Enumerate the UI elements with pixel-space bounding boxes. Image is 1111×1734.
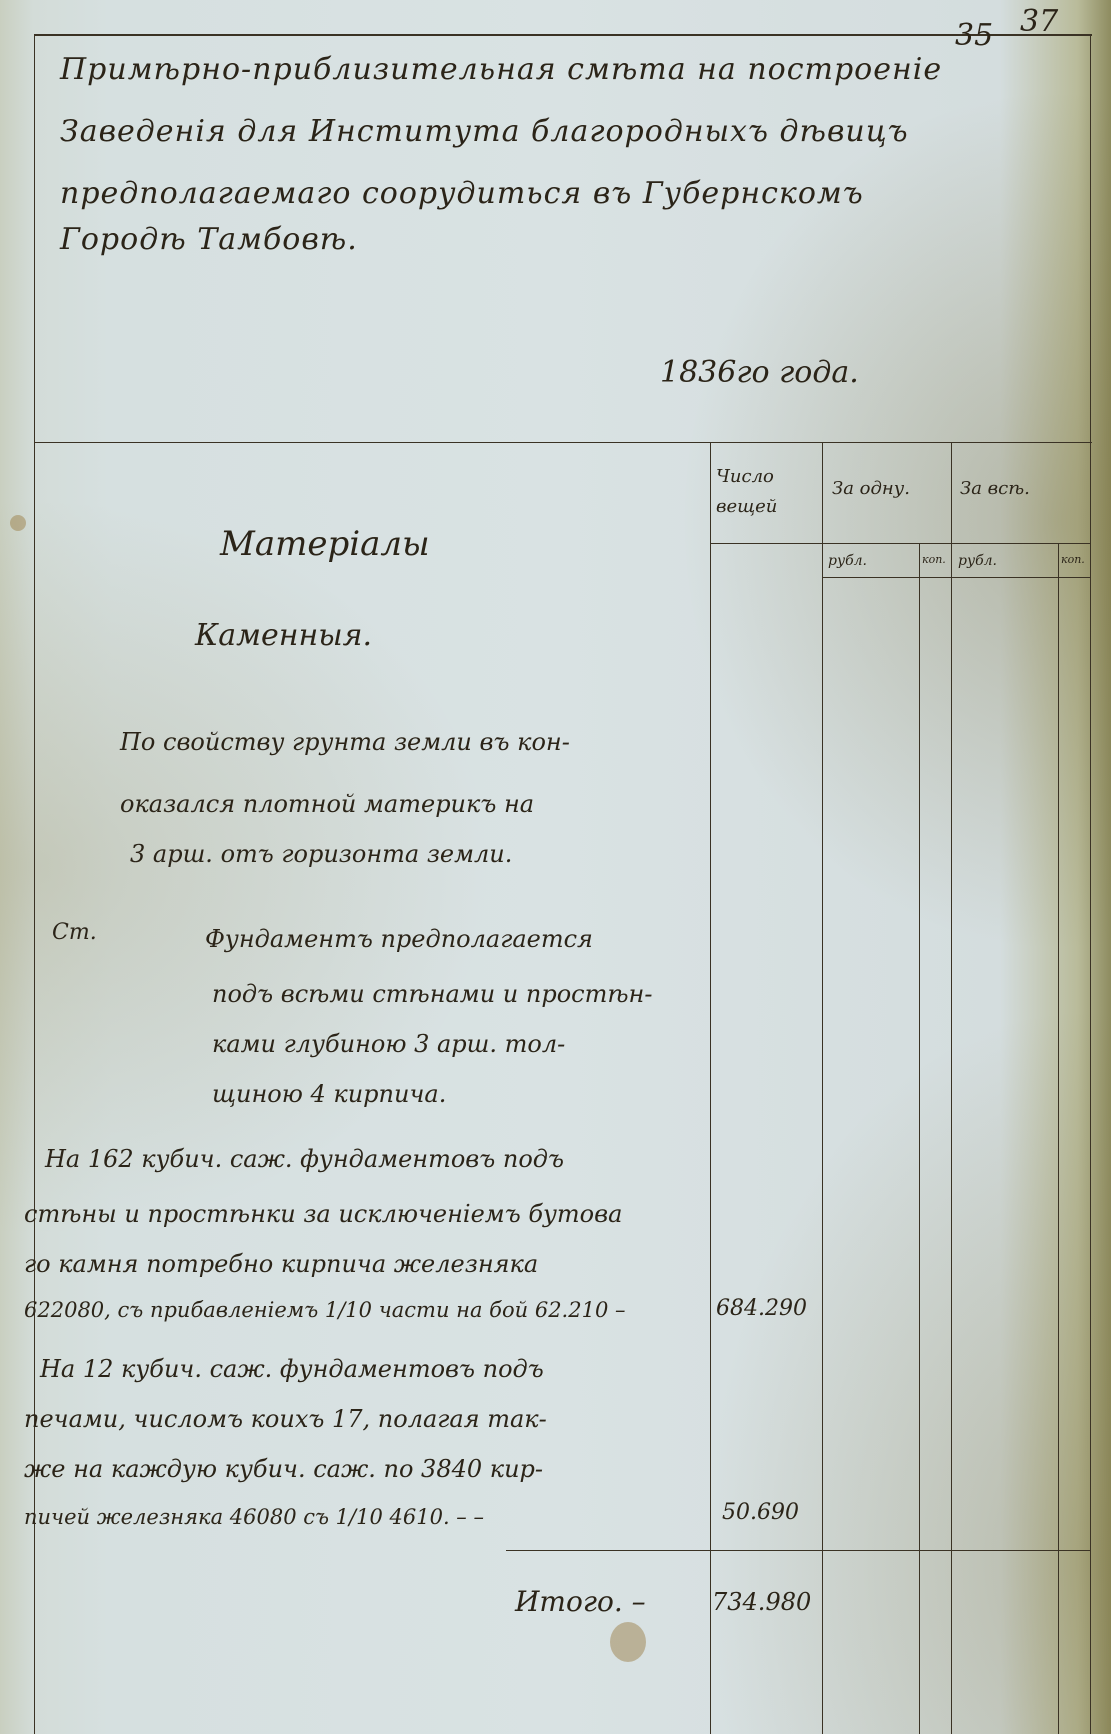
- foundation-line-2: подъ всѣми стѣнами и простѣн-: [212, 980, 652, 1008]
- total-quantity: 734.980: [712, 1588, 811, 1616]
- entry2-line-3: же на каждую кубич. саж. по 3840 кир-: [24, 1455, 543, 1483]
- entry2-quantity: 50.690: [722, 1500, 799, 1525]
- manuscript-page: 35 37 Примѣрно-приблизительная смѣта на …: [0, 0, 1111, 1734]
- header-divider-rule: [710, 543, 1090, 544]
- column-rule-per-unit-kopecks: [919, 543, 920, 1734]
- subheader-total-rubles: рубл.: [958, 553, 997, 569]
- title-line-3: предполагаемаго соорудиться въ Губернско…: [60, 176, 864, 211]
- entry1-line-1: На 162 кубич. саж. фундаментовъ подъ: [45, 1145, 564, 1173]
- entry2-line-1: На 12 кубич. саж. фундаментовъ подъ: [40, 1355, 544, 1383]
- entry1-quantity: 684.290: [716, 1296, 807, 1321]
- section-title: Матеріалы: [220, 524, 430, 564]
- document-year: 1836го года.: [660, 355, 859, 390]
- subsection-title: Каменныя.: [195, 618, 372, 653]
- column-rule-total-kopecks: [1058, 543, 1059, 1734]
- entry2-line-4: пичей железняка 46080 съ 1/10 4610. – –: [24, 1505, 484, 1529]
- intro-line-1: По свойству грунта земли въ кон-: [120, 728, 570, 756]
- column-rule-total: [951, 442, 952, 1734]
- subheader-per-unit-kopecks: коп.: [922, 553, 946, 566]
- header-quantity: Число вещей: [716, 462, 816, 522]
- total-label: Итого. –: [515, 1585, 646, 1618]
- intro-line-3: 3 арш. отъ горизонта земли.: [130, 840, 512, 868]
- column-rule-per-unit: [822, 442, 823, 1734]
- entry1-line-4: 622080, съ прибавленіемъ 1/10 части на б…: [24, 1298, 626, 1322]
- foundation-line-1: Фундаментъ предполагается: [205, 925, 593, 953]
- subheader-total-kopecks: коп.: [1061, 553, 1085, 566]
- foundation-line-3: ками глубиною 3 арш. тол-: [212, 1030, 565, 1058]
- header-total: За всѣ.: [960, 478, 1030, 499]
- title-line-1: Примѣрно-приблизительная смѣта на постро…: [60, 52, 942, 87]
- column-rule-quantity: [710, 442, 711, 1734]
- margin-note: Ст.: [52, 920, 97, 945]
- frame-top-rule: [34, 34, 1092, 36]
- foundation-line-4: щиною 4 кирпича.: [212, 1080, 446, 1108]
- subheader-per-unit-rubles: рубл.: [828, 553, 867, 569]
- stain: [10, 515, 26, 531]
- title-line-4: Городѣ Тамбовѣ.: [60, 222, 358, 257]
- folio-number-penciled: 35: [955, 18, 993, 53]
- folio-number-ink: 37: [1020, 4, 1058, 39]
- entry1-line-2: стѣны и простѣнки за исключеніемъ бутова: [24, 1200, 622, 1228]
- subheader-divider-rule: [822, 577, 1090, 578]
- stain: [610, 1622, 646, 1662]
- entry1-line-3: го камня потребно кирпича железняка: [24, 1250, 538, 1278]
- table-top-rule: [34, 442, 1092, 443]
- title-line-2: Заведенія для Института благородныхъ дѣв…: [60, 114, 909, 149]
- header-per-unit: За одну.: [832, 478, 910, 499]
- total-rule: [506, 1550, 1091, 1551]
- frame-right-rule: [1090, 34, 1091, 1734]
- entry2-line-2: печами, числомъ коихъ 17, полагая так-: [24, 1405, 547, 1433]
- intro-line-2: оказался плотной материкъ на: [120, 790, 534, 818]
